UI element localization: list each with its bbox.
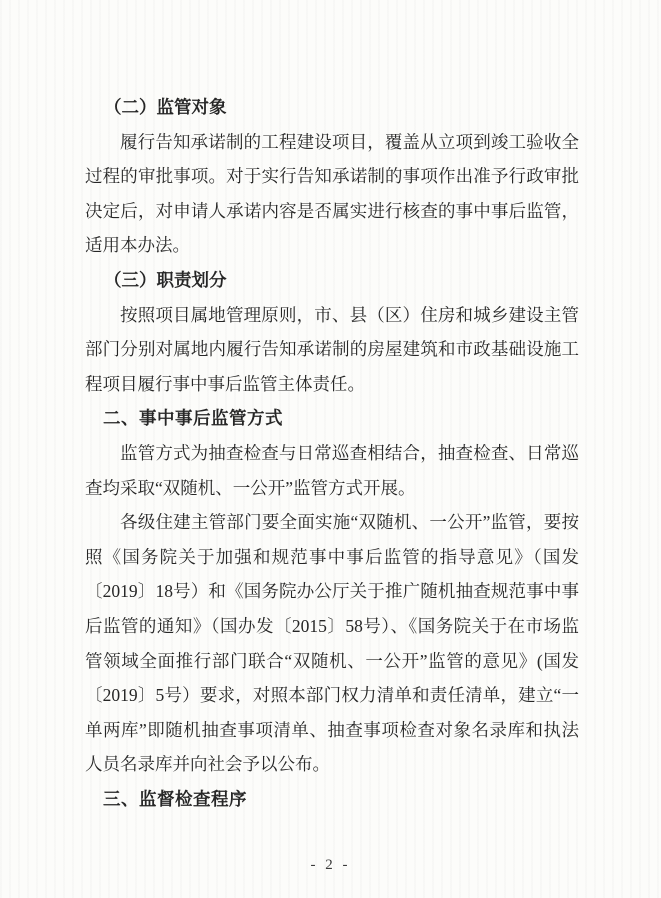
document-body: （二）监管对象 履行告知承诺制的工程建设项目，覆盖从立项到竣工验收全过程的审批事… bbox=[85, 90, 579, 816]
page-number: - 2 - bbox=[0, 857, 661, 874]
heading-section-3-inspection-procedure: 三、监督检查程序 bbox=[85, 782, 579, 817]
heading-duty-division: （三）职责划分 bbox=[85, 263, 579, 298]
heading-section-2-supervision-method: 二、事中事后监管方式 bbox=[85, 401, 579, 436]
paragraph-duty-division: 按照项目属地管理原则，市、县（区）住房和城乡建设主管部门分别对属地内履行告知承诺… bbox=[85, 298, 579, 402]
paragraph-supervision-method-2: 各级住建主管部门要全面实施“双随机、一公开”监管，要按照《国务院关于加强和规范事… bbox=[85, 505, 579, 782]
paragraph-supervision-object: 履行告知承诺制的工程建设项目，覆盖从立项到竣工验收全过程的审批事项。对于实行告知… bbox=[85, 125, 579, 263]
heading-supervision-object: （二）监管对象 bbox=[85, 90, 579, 125]
document-page: （二）监管对象 履行告知承诺制的工程建设项目，覆盖从立项到竣工验收全过程的审批事… bbox=[0, 0, 661, 898]
paragraph-supervision-method-1: 监管方式为抽查检查与日常巡查相结合，抽查检查、日常巡查均采取“双随机、一公开”监… bbox=[85, 436, 579, 505]
